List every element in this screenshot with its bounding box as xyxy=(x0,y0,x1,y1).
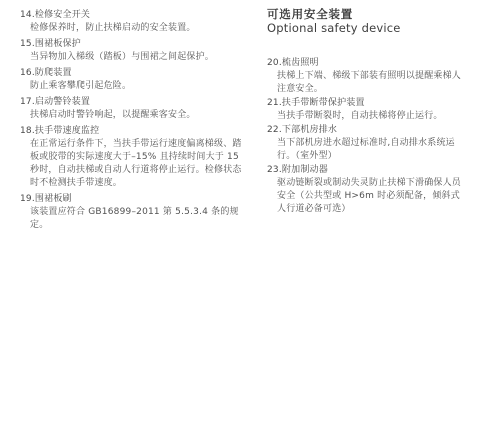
item-heading: 22.下部机房排水 xyxy=(277,124,465,137)
section-heading-en: Optional safety device xyxy=(267,21,465,36)
item-description: 该装置应符合 GB16899–2011 第 5.5.3.4 条的规定。 xyxy=(30,206,244,232)
left-column: 14.检修安全开关 检修保养时，防止扶梯启动的安全装置。 15.围裙板保护 当异… xyxy=(20,9,244,235)
safety-item-22: 22.下部机房排水 当下部机房进水超过标准时,自动排水系统运行。（室外型） xyxy=(267,124,465,163)
item-title: 附加制动器 xyxy=(282,165,328,175)
section-heading-zh: 可选用安全装置 xyxy=(267,7,465,21)
item-title: 围裙板刷 xyxy=(35,194,72,204)
item-heading: 19.围裙板刷 xyxy=(30,193,244,206)
safety-item-15: 15.围裙板保护 当异物加入梯级（踏板）与围裙之间起保护。 xyxy=(20,38,244,64)
item-heading: 16.防爬装置 xyxy=(30,67,244,80)
item-description: 在正常运行条件下，当扶手带运行速度偏离梯级、踏板或胶带的实际速度大于–15% 且… xyxy=(30,138,244,190)
item-heading: 23.附加制动器 xyxy=(277,164,465,177)
item-number: 20. xyxy=(267,58,282,68)
item-description: 驱动链断裂或制动失灵防止扶梯下滑确保人员安全（公共型或 H>6m 时必须配备，倾… xyxy=(277,177,465,216)
item-number: 22. xyxy=(267,125,282,135)
safety-item-18: 18.扶手带速度监控 在正常运行条件下，当扶手带运行速度偏离梯级、踏板或胶带的实… xyxy=(20,125,244,190)
item-title: 防爬装置 xyxy=(35,68,72,78)
item-title: 扶手带速度监控 xyxy=(35,126,99,136)
item-number: 19. xyxy=(20,194,35,204)
item-description: 当扶手带断裂时，自动扶梯将停止运行。 xyxy=(277,110,465,123)
safety-item-23: 23.附加制动器 驱动链断裂或制动失灵防止扶梯下滑确保人员安全（公共型或 H>6… xyxy=(267,164,465,216)
item-heading: 14.检修安全开关 xyxy=(30,9,244,22)
item-heading: 20.梳齿照明 xyxy=(277,57,465,70)
item-heading: 17.启动警铃装置 xyxy=(30,96,244,109)
item-number: 16. xyxy=(20,68,35,78)
item-title: 启动警铃装置 xyxy=(35,97,90,107)
safety-item-14: 14.检修安全开关 检修保养时，防止扶梯启动的安全装置。 xyxy=(20,9,244,35)
safety-item-16: 16.防爬装置 防止乘客攀爬引起危险。 xyxy=(20,67,244,93)
item-title: 检修安全开关 xyxy=(35,10,90,20)
safety-item-20: 20.梳齿照明 扶梯上下端、梯级下部装有照明以提醒乘梯人注意安全。 xyxy=(267,57,465,96)
item-description: 扶梯上下端、梯级下部装有照明以提醒乘梯人注意安全。 xyxy=(277,70,465,96)
item-title: 下部机房排水 xyxy=(282,125,337,135)
item-title: 梳齿照明 xyxy=(282,58,319,68)
item-number: 14. xyxy=(20,10,35,20)
item-number: 21. xyxy=(267,98,282,108)
item-description: 检修保养时，防止扶梯启动的安全装置。 xyxy=(30,22,244,35)
item-description: 当下部机房进水超过标准时,自动排水系统运行。（室外型） xyxy=(277,137,465,163)
item-description: 当异物加入梯级（踏板）与围裙之间起保护。 xyxy=(30,51,244,64)
item-heading: 18.扶手带速度监控 xyxy=(30,125,244,138)
item-description: 防止乘客攀爬引起危险。 xyxy=(30,80,244,93)
item-title: 扶手带断带保护装置 xyxy=(282,98,365,108)
item-title: 围裙板保护 xyxy=(35,39,81,49)
item-heading: 15.围裙板保护 xyxy=(30,38,244,51)
item-description: 扶梯启动时警铃响起，以提醒乘客安全。 xyxy=(30,109,244,122)
manual-page: 14.检修安全开关 检修保养时，防止扶梯启动的安全装置。 15.围裙板保护 当异… xyxy=(0,0,500,448)
item-number: 23. xyxy=(267,165,282,175)
item-heading: 21.扶手带断带保护装置 xyxy=(277,97,465,110)
right-column: 可选用安全装置 Optional safety device 20.梳齿照明 扶… xyxy=(267,7,465,217)
item-number: 18. xyxy=(20,126,35,136)
item-number: 17. xyxy=(20,97,35,107)
safety-item-21: 21.扶手带断带保护装置 当扶手带断裂时，自动扶梯将停止运行。 xyxy=(267,97,465,123)
safety-item-19: 19.围裙板刷 该装置应符合 GB16899–2011 第 5.5.3.4 条的… xyxy=(20,193,244,232)
safety-item-17: 17.启动警铃装置 扶梯启动时警铃响起，以提醒乘客安全。 xyxy=(20,96,244,122)
item-number: 15. xyxy=(20,39,35,49)
